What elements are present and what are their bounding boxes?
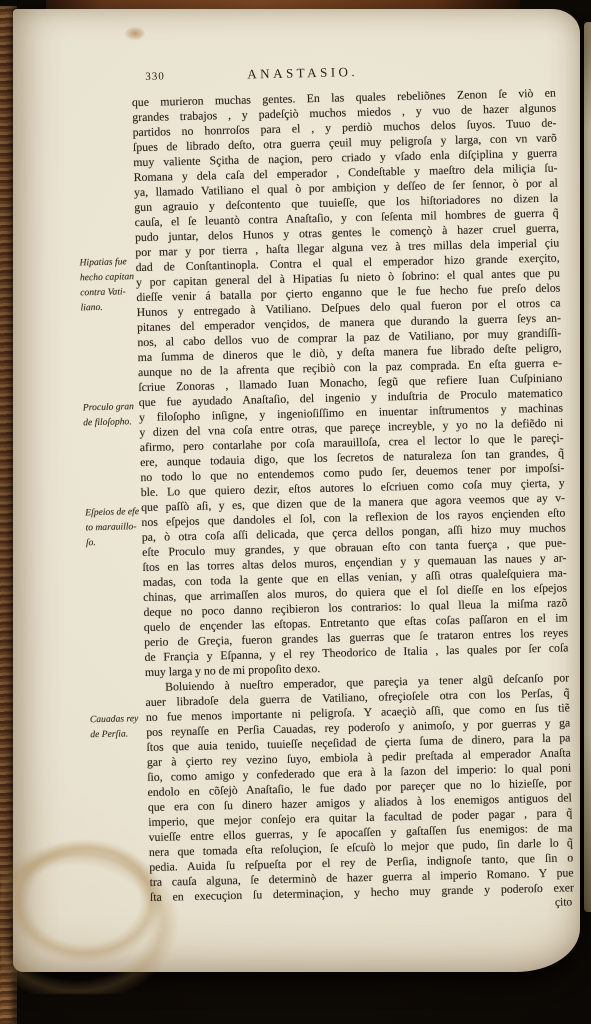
foxing-stain <box>125 27 145 40</box>
folio-number: 330 <box>145 70 165 82</box>
book-fore-edge <box>584 22 591 912</box>
margin-note-hipatias: Hipatias fue hecho capitan contra Vati- … <box>79 254 136 315</box>
body-text: que murieron muchas gentes. En las quale… <box>132 86 575 920</box>
margin-note-cauadas: Cauadas rey de Perſia. <box>90 711 147 742</box>
page-header: 330 ANASTASIO. <box>131 60 555 88</box>
book-page: 330 ANASTASIO. que murieron muchas gente… <box>13 9 580 972</box>
running-title: ANASTASIO. <box>247 64 358 83</box>
book-photo: 330 ANASTASIO. que murieron muchas gente… <box>0 0 591 1024</box>
margin-note-proculo: Proculo gran de filoſopho. <box>83 399 140 430</box>
page-content: 330 ANASTASIO. que murieron muchas gente… <box>131 52 574 920</box>
margin-note-espejos: Eſpeios de efe to marauillo- ſo. <box>85 504 142 550</box>
